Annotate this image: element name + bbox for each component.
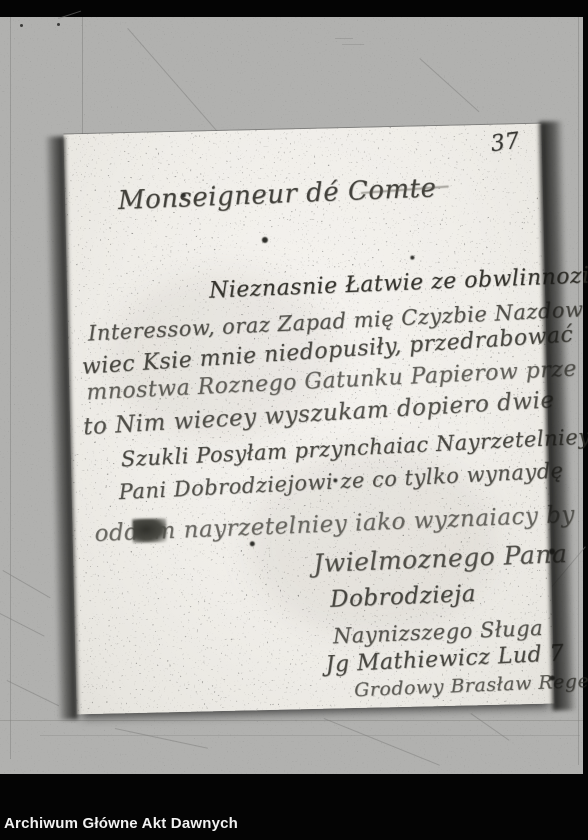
handwritten-line: Nieznasnie Łatwie ze obwlinnozir — [209, 263, 588, 304]
scratch-line — [335, 38, 353, 39]
scratch-line — [82, 17, 83, 135]
scratch-line — [419, 58, 479, 112]
scratch-line — [10, 17, 11, 759]
ink-blot — [132, 518, 167, 543]
scratch-line — [40, 735, 580, 736]
scratch-line — [127, 28, 218, 133]
scratch-line — [0, 720, 583, 721]
scratch-line — [115, 728, 208, 749]
scratch-line — [470, 713, 509, 741]
scratch-line — [324, 718, 440, 766]
scratch-line — [7, 680, 60, 706]
ink-spot — [250, 541, 255, 546]
ink-spot — [410, 256, 414, 260]
ink-spot — [549, 548, 555, 554]
letter-page: 37 Monseigneur dé Comte Nieznasnie Łatwi… — [63, 124, 554, 715]
scratch-line — [58, 11, 81, 19]
scratch-line — [578, 17, 579, 765]
ink-spot — [550, 675, 555, 680]
ink-spot — [181, 193, 186, 198]
salutation-line: Monseigneur dé Comte — [117, 173, 437, 216]
scratch-line — [0, 613, 45, 637]
archive-watermark: Archiwum Główne Akt Dawnych — [4, 815, 238, 832]
scratch-line — [342, 44, 364, 45]
film-speck — [20, 24, 23, 27]
page-number: 37 — [489, 129, 521, 157]
microfilm-scan-frame: 37 Monseigneur dé Comte Nieznasnie Łatwi… — [0, 0, 588, 840]
ink-spot — [333, 478, 337, 482]
ink-spot — [262, 237, 268, 243]
film-speck — [57, 23, 60, 26]
